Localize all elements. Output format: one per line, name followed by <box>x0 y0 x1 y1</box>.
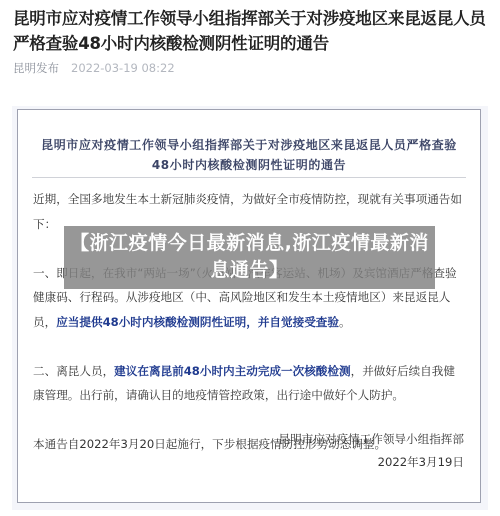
signature-date: 2022年3月19日 <box>278 451 464 474</box>
article-source[interactable]: 昆明发布 <box>13 60 59 76</box>
signature-org: 昆明市应对疫情工作领导小组指挥部 <box>278 428 464 451</box>
notice-title-line2: 48小时内核酸检测阴性证明的通告 <box>18 155 480 175</box>
article-timestamp: 2022-03-19 08:22 <box>71 60 175 76</box>
notice-signature: 昆明市应对疫情工作领导小组指挥部 2022年3月19日 <box>278 428 464 474</box>
item2-prefix: 二、离昆人员， <box>33 364 114 378</box>
item1-highlight: 应当提供48小时内核酸检测阴性证明，并自觉接受查验 <box>56 315 339 329</box>
article-meta: 昆明发布 2022-03-19 08:22 <box>13 60 175 76</box>
notice-title: 昆明市应对疫情工作领导小组指挥部关于对涉疫地区来昆返昆人员严格查验 48小时内核… <box>18 135 480 175</box>
notice-card: 昆明市应对疫情工作领导小组指挥部关于对涉疫地区来昆返昆人员严格查验 48小时内核… <box>17 109 481 503</box>
article-headline: 昆明市应对疫情工作领导小组指挥部关于对涉疫地区来昆返昆人员严格查验48小时内核酸… <box>13 6 489 56</box>
notice-item-2: 二、离昆人员，建议在离昆前48小时内主动完成一次核酸检测，并做好后续自我健康管理… <box>33 359 466 408</box>
item2-highlight: 建议在离昆前48小时内主动完成一次核酸检测 <box>114 364 350 378</box>
notice-title-line1: 昆明市应对疫情工作领导小组指挥部关于对涉疫地区来昆返昆人员严格查验 <box>18 135 480 155</box>
title-overlay-banner: 【浙江疫情今日最新消息,浙江疫情最新消息通告】 <box>64 226 435 289</box>
item1-end: 。 <box>339 315 351 329</box>
title-divider <box>32 177 466 178</box>
